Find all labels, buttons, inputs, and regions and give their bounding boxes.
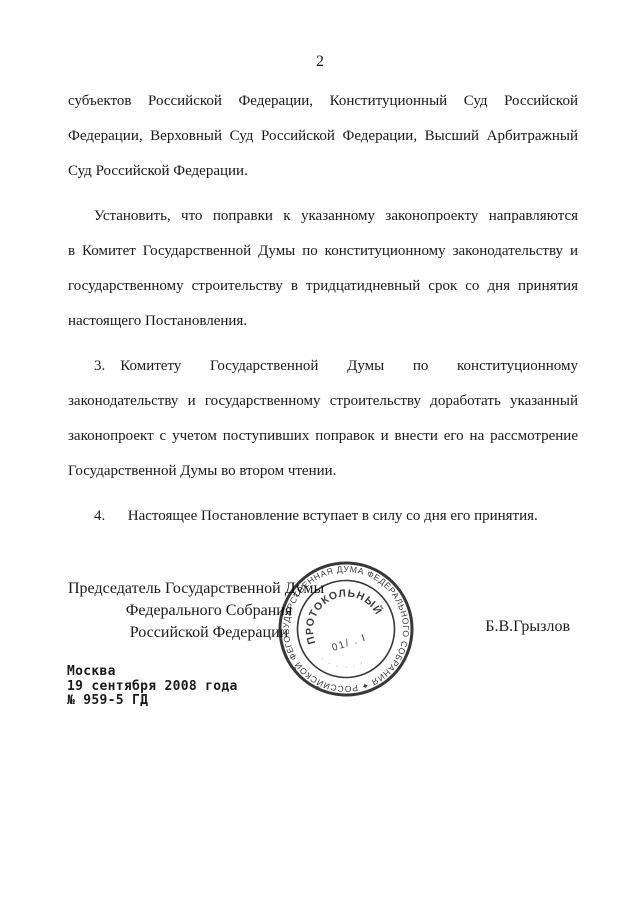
paragraph: 4. Настоящее Постановление вступает в си…	[68, 499, 578, 534]
issuance-number: № 959-5 ГД	[67, 694, 238, 709]
body-line: Федерации, Верховный Суд Российской Феде…	[68, 119, 578, 154]
body-line: субъектов Российской Федерации, Конститу…	[68, 84, 578, 119]
stamp-outer-ring	[271, 554, 421, 704]
paragraph: субъектов Российской Федерации, Конститу…	[68, 84, 578, 189]
body-line: законодательству и государственному стро…	[68, 384, 578, 419]
body-line: в Комитет Государственной Думы по консти…	[68, 234, 578, 269]
body-line: Установить, что поправки к указанному за…	[68, 199, 578, 234]
paragraph: 3. Комитету Государственной Думы по конс…	[68, 349, 578, 489]
body-line: государственному строительству в тридцат…	[68, 269, 578, 304]
body-line: законопроект с учетом поступивших поправ…	[68, 419, 578, 454]
body-line: 4. Настоящее Постановление вступает в си…	[68, 499, 578, 534]
body-line: Государственной Думы во втором чтении.	[68, 454, 578, 489]
page-number: 2	[0, 53, 640, 71]
document-body: субъектов Российской Федерации, Конститу…	[68, 84, 578, 534]
body-line: настоящего Постановления.	[68, 304, 578, 339]
official-stamp: ГОСУДАРСТВЕННАЯ ДУМА ФЕДЕРАЛЬНОГО СОБРАН…	[271, 554, 421, 704]
document-page: 2 субъектов Российской Федерации, Консти…	[0, 0, 640, 900]
body-line: Суд Российской Федерации.	[68, 154, 578, 189]
stamp-ring-text: ГОСУДАРСТВЕННАЯ ДУМА ФЕДЕРАЛЬНОГО СОБРАН…	[271, 554, 421, 704]
body-line: 3. Комитету Государственной Думы по конс…	[68, 349, 578, 384]
issuance-date: 19 сентября 2008 года	[67, 680, 238, 695]
stamp-center-text: 01/ . I	[331, 632, 368, 653]
signature-name: Б.В.Грызлов	[485, 618, 570, 636]
issuance-city: Москва	[67, 665, 238, 680]
issuance-block: Москва 19 сентября 2008 года № 959-5 ГД	[67, 665, 238, 709]
paragraph: Установить, что поправки к указанному за…	[68, 199, 578, 339]
